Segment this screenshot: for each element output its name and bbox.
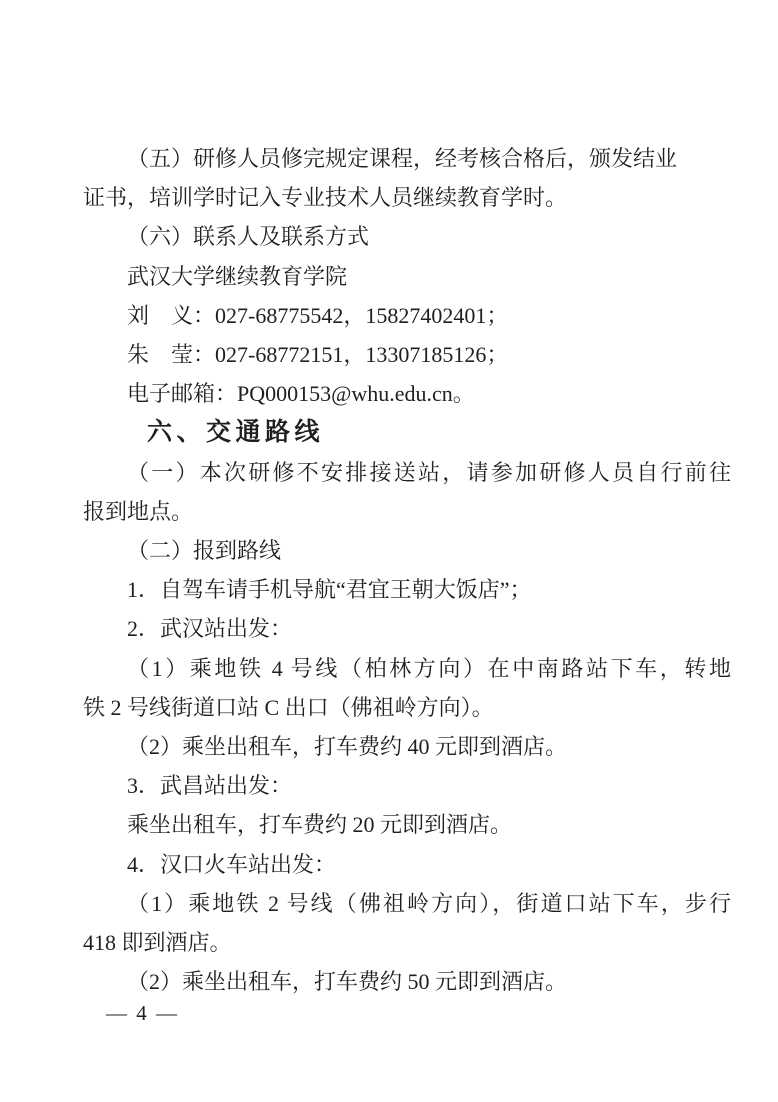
text-line: （五）研修人员修完规定课程，经考核合格后，颁发结业 (83, 139, 731, 178)
text-line-organization: 武汉大学继续教育学院 (83, 257, 731, 296)
text-line: （1）乘地铁 4 号线（柏林方向）在中南路站下车，转地 (83, 649, 731, 688)
section-heading-traffic: 六、交通路线 (83, 413, 731, 452)
text-line: （二）报到路线 (83, 531, 731, 570)
text-line-email: 电子邮箱：PQ000153@whu.edu.cn。 (83, 374, 731, 413)
text-line: 铁 2 号线街道口站 C 出口（佛祖岭方向）。 (83, 688, 731, 727)
text-line: 乘坐出租车，打车费约 20 元即到酒店。 (83, 805, 731, 844)
page-number: — 4 — (106, 1001, 179, 1026)
text-line: 1．自驾车请手机导航“君宜王朝大饭店”； (83, 570, 731, 609)
text-line-contact-header: （六）联系人及联系方式 (83, 217, 731, 256)
document-page: （五）研修人员修完规定课程，经考核合格后，颁发结业 证书，培训学时记入专业技术人… (0, 0, 778, 1102)
text-line: 2．武汉站出发： (83, 609, 731, 648)
text-line-contact-liu: 刘 义：027-68775542，15827402401； (83, 296, 731, 335)
text-line: （2）乘坐出租车，打车费约 40 元即到酒店。 (83, 727, 731, 766)
text-line: （一）本次研修不安排接送站，请参加研修人员自行前往 (83, 453, 731, 492)
text-line: 报到地点。 (83, 492, 731, 531)
text-line: （2）乘坐出租车，打车费约 50 元即到酒店。 (83, 962, 731, 1001)
text-line: （1）乘地铁 2 号线（佛祖岭方向），街道口站下车，步行 (83, 884, 731, 923)
text-line-contact-zhu: 朱 莹：027-68772151，13307185126； (83, 335, 731, 374)
document-body: （五）研修人员修完规定课程，经考核合格后，颁发结业 证书，培训学时记入专业技术人… (83, 139, 731, 1001)
text-line: 418 即到酒店。 (83, 923, 731, 962)
text-line: 证书，培训学时记入专业技术人员继续教育学时。 (83, 178, 731, 217)
text-line: 3．武昌站出发： (83, 766, 731, 805)
text-line: 4．汉口火车站出发： (83, 845, 731, 884)
